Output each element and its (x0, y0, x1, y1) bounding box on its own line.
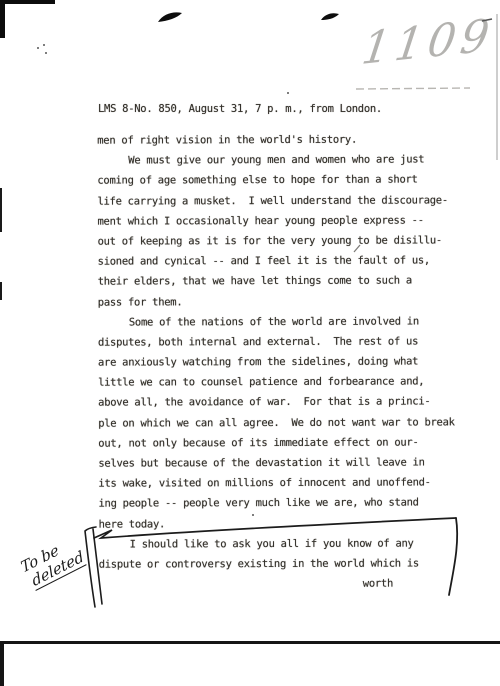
typed-text-line: sioned and cynical -- and I feel it is t… (98, 251, 455, 272)
typed-text-line: ment which I occasionally hear young peo… (97, 210, 454, 231)
typed-text-line: life carrying a musket. I well understan… (97, 190, 454, 211)
typed-text-line: men of right vision in the world's histo… (97, 129, 454, 150)
ink-smudge-right (321, 13, 339, 20)
typed-text-line: out, not only because of its immediate e… (98, 432, 455, 453)
typed-text-line: are anxiously watching from the sideline… (98, 351, 455, 372)
typed-text-line: coming of age something else to hope for… (97, 170, 454, 191)
typed-text-line: selves but because of the devastation it… (98, 452, 455, 473)
scanned-document-page: LMS 8-No. 850, August 31, 7 p. m., from … (0, 0, 500, 686)
handwritten-deletion-note: To be deleted (19, 521, 107, 593)
typed-text-line: out of keeping as it is for the very you… (98, 230, 455, 251)
pencil-dashed-underline (356, 88, 470, 89)
typed-text-line: We must give our young men and women who… (97, 150, 454, 171)
dust-speck (43, 44, 45, 46)
typed-text-line: ple on which we can all agree. We do not… (98, 412, 455, 433)
typed-text-line: worth (99, 574, 456, 595)
scan-edge-left-segment (0, 188, 2, 232)
typed-text-line: I should like to ask you all if you know… (99, 533, 456, 554)
scan-bottom-left-bar (0, 641, 4, 686)
scan-edge-top-left-vertical (0, 0, 5, 38)
typed-text-line: disputes, both internal and external. Th… (98, 331, 455, 352)
scan-page-bottom-edge (0, 641, 500, 644)
typed-text-line: ing people -- people very much like we a… (98, 493, 455, 514)
typed-text-line: here today. (99, 513, 456, 534)
document-header-line: LMS 8-No. 850, August 31, 7 p. m., from … (98, 103, 382, 115)
dust-speck (45, 52, 47, 54)
scan-edge-top-left-horizontal (0, 0, 55, 4)
document-body: men of right vision in the world's histo… (97, 129, 455, 595)
dust-speck (252, 514, 254, 516)
dust-speck (37, 47, 39, 49)
typed-text-line: their elders, that we have let things co… (98, 271, 455, 292)
typed-text-line: its wake, visited on millions of innocen… (98, 473, 455, 494)
scan-edge-left-segment (0, 282, 2, 300)
typed-text-line: Some of the nations of the world are inv… (98, 311, 455, 332)
typed-text-line: little we can to counsel patience and fo… (98, 372, 455, 393)
typed-text-line: pass for them. (98, 291, 455, 312)
typed-text-line: above all, the avoidance of war. For tha… (98, 392, 455, 413)
ink-smudge-left (158, 12, 182, 22)
typed-text-line: dispute or controversy existing in the w… (99, 553, 456, 574)
dust-speck (287, 92, 289, 94)
handwritten-page-number: 1109 (359, 12, 476, 76)
